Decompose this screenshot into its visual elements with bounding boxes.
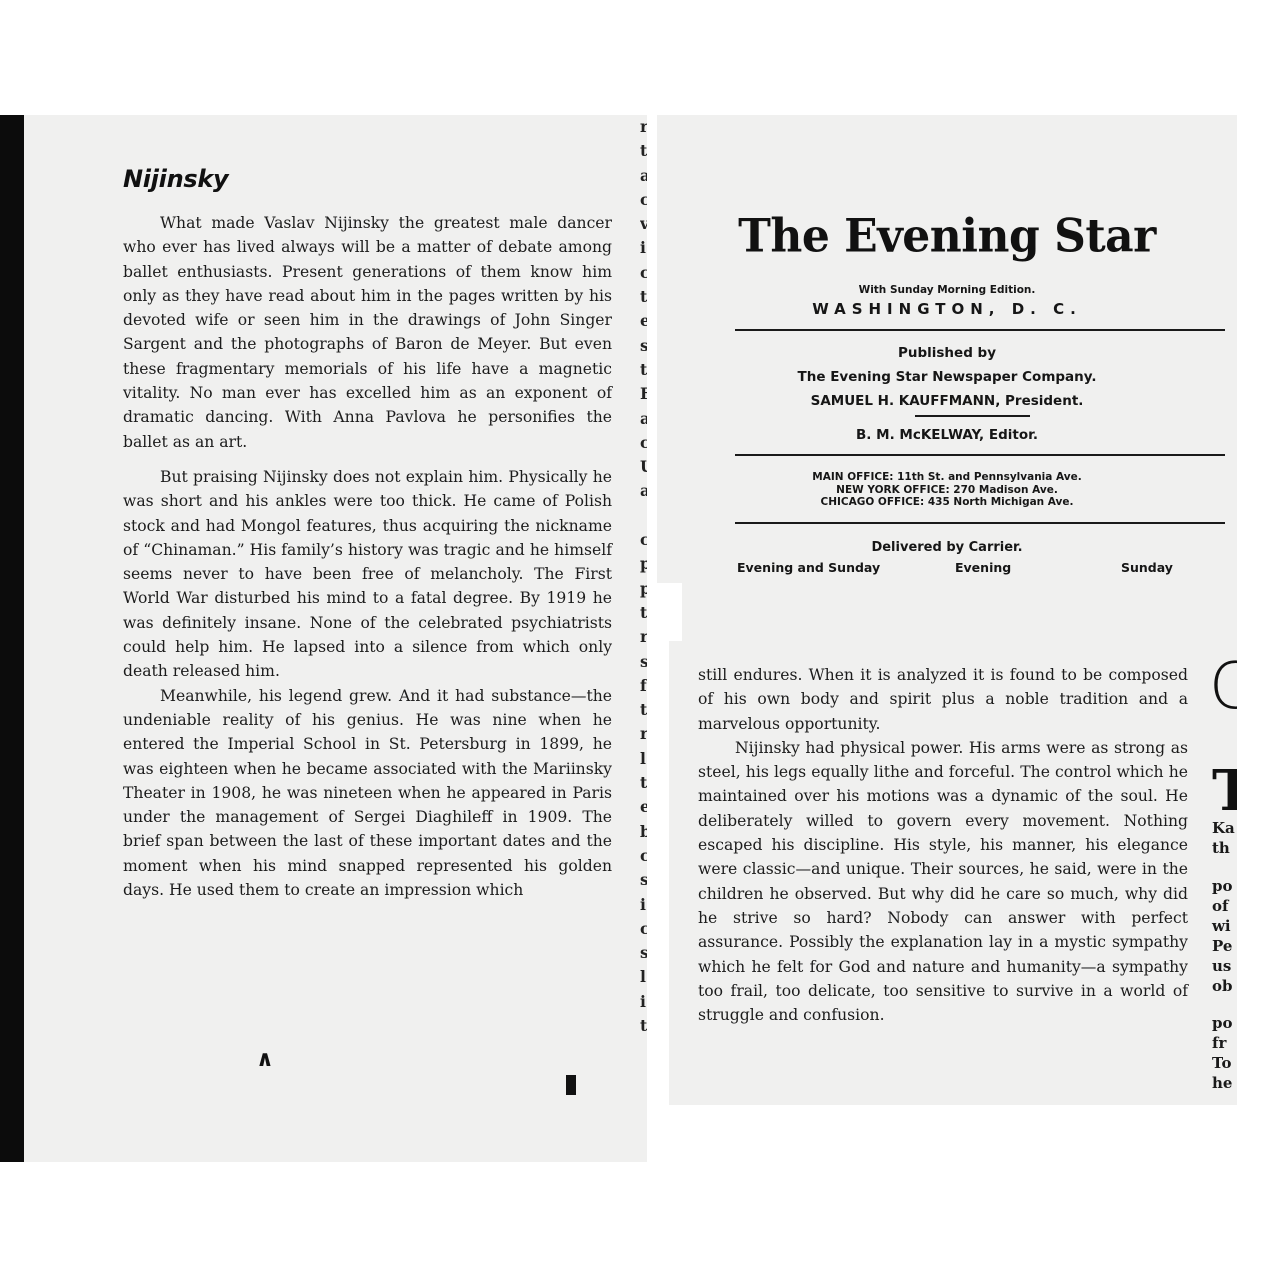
publisher-company: The Evening Star Newspaper Company. — [657, 369, 1237, 385]
fragment-char: F — [640, 382, 647, 406]
edition-note: With Sunday Morning Edition. — [657, 284, 1237, 296]
fragment-char: e — [640, 309, 647, 333]
rate-column-header: Evening and Sunday — [737, 560, 880, 575]
fragment-text: To — [1212, 1053, 1231, 1073]
newspaper-nameplate: The Evening Star — [657, 210, 1237, 264]
fragment-text: Ka — [1212, 818, 1235, 838]
scan-border — [0, 115, 24, 1162]
fragment-text: fr — [1212, 1033, 1226, 1053]
fragment-char: t — [640, 285, 647, 309]
fragment-char: c — [640, 188, 647, 212]
editorial-body-right: still endures. When it is analyzed it is… — [698, 663, 1188, 1027]
fragment-text: of — [1212, 896, 1228, 916]
fragment-char: b — [640, 820, 647, 844]
fragment-char: e — [640, 795, 647, 819]
clip-edge — [669, 583, 682, 641]
editorial-clipping-left: Nijinsky What made Vaslav Nijinsky the g… — [0, 115, 647, 1162]
fragment-char: r — [640, 722, 647, 746]
fragment-text: us — [1212, 956, 1231, 976]
adjacent-column-fragment: rtacvictestFacUa cpptrsftrltebcsicslit — [640, 115, 647, 1038]
fragment-char: s — [640, 650, 647, 674]
fragment-text: Pe — [1212, 936, 1232, 956]
fragment-char: t — [640, 1014, 647, 1038]
fragment-char: l — [640, 965, 647, 989]
adjacent-headline-glyph: C — [1209, 655, 1237, 719]
editorial-clipping-right: still endures. When it is analyzed it is… — [669, 583, 1237, 1105]
fragment-char: c — [640, 844, 647, 868]
masthead-clipping: The Evening Star With Sunday Morning Edi… — [657, 115, 1237, 583]
cut-off-text-top — [170, 115, 280, 117]
fragment-char: p — [640, 552, 647, 576]
fragment-text: wi — [1212, 916, 1231, 936]
divider — [915, 415, 1030, 417]
fragment-text: ob — [1212, 976, 1233, 996]
fragment-char: f — [640, 674, 647, 698]
fragment-char: U — [640, 455, 647, 479]
fragment-text: th — [1212, 838, 1230, 858]
ink-blemish: ∧ — [256, 1047, 274, 1072]
fragment-char: t — [640, 139, 647, 163]
fragment-char: a — [640, 407, 647, 431]
fragment-char: t — [640, 358, 647, 382]
editor-line: B. M. McKELWAY, Editor. — [657, 427, 1237, 443]
adjacent-headline-glyph: T — [1212, 763, 1237, 819]
office-line: MAIN OFFICE: 11th St. and Pennsylvania A… — [657, 471, 1237, 484]
published-by: Published by — [657, 345, 1237, 361]
editorial-headline: Nijinsky — [123, 165, 228, 193]
fragment-char: c — [640, 431, 647, 455]
fragment-char: i — [640, 990, 647, 1014]
fragment-char: c — [640, 528, 647, 552]
fragment-char: p — [640, 577, 647, 601]
editorial-body-left: What made Vaslav Nijinsky the greatest m… — [123, 211, 612, 902]
paragraph: Nijinsky had physical power. His arms we… — [698, 736, 1188, 1028]
office-line: CHICAGO OFFICE: 435 North Michigan Ave. — [657, 496, 1237, 509]
fragment-char: t — [640, 771, 647, 795]
fragment-char: s — [640, 941, 647, 965]
rate-column-header: Evening — [955, 560, 1011, 575]
rate-column-header: Sunday — [1121, 560, 1173, 575]
office-list: MAIN OFFICE: 11th St. and Pennsylvania A… — [657, 471, 1237, 509]
fragment-char: a — [640, 164, 647, 188]
office-line: NEW YORK OFFICE: 270 Madison Ave. — [657, 484, 1237, 497]
dateline-city: WASHINGTON, D. C. — [657, 300, 1237, 318]
paragraph: still endures. When it is analyzed it is… — [698, 663, 1188, 736]
fragment-char: t — [640, 698, 647, 722]
fragment-char: i — [640, 893, 647, 917]
fragment-char: v — [640, 212, 647, 236]
delivery-heading: Delivered by Carrier. — [657, 540, 1237, 555]
paragraph: What made Vaslav Nijinsky the greatest m… — [123, 211, 612, 454]
fragment-char — [640, 504, 647, 528]
paragraph: But praising Nijinsky does not explain h… — [123, 465, 612, 684]
fragment-char: s — [640, 334, 647, 358]
fragment-char: c — [640, 261, 647, 285]
fragment-char: l — [640, 747, 647, 771]
fragment-char: a — [640, 479, 647, 503]
fragment-text: po — [1212, 876, 1233, 896]
fragment-char: r — [640, 115, 647, 139]
fragment-char: t — [640, 601, 647, 625]
fragment-char: i — [640, 236, 647, 260]
divider — [735, 522, 1225, 524]
divider — [735, 329, 1225, 331]
fragment-text: po — [1212, 1013, 1233, 1033]
fragment-char: r — [640, 625, 647, 649]
fragment-text: he — [1212, 1073, 1232, 1093]
fragment-char: c — [640, 917, 647, 941]
president-line: SAMUEL H. KAUFFMANN, President. — [657, 393, 1237, 409]
divider — [735, 454, 1225, 456]
paragraph: Meanwhile, his legend grew. And it had s… — [123, 684, 612, 903]
fragment-char: s — [640, 868, 647, 892]
ink-blemish — [566, 1075, 576, 1095]
